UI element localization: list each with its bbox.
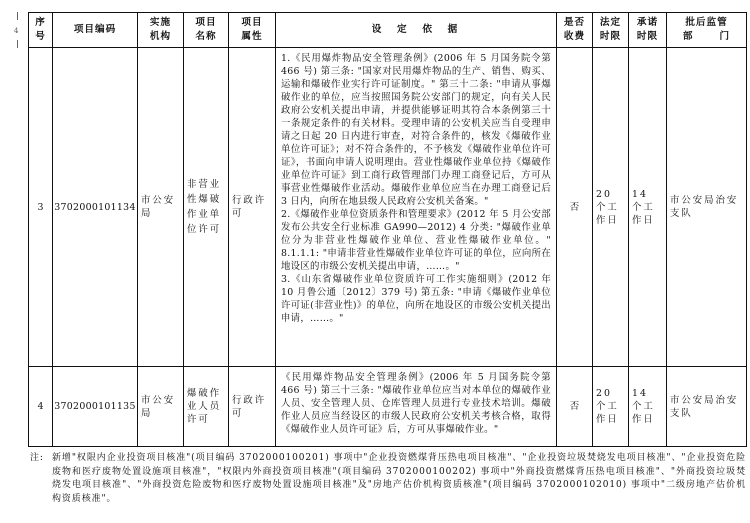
header-promise-limit: 承诺 时限 (629, 13, 667, 48)
cell-supervisor: 市公安局治安支队 (667, 48, 747, 367)
page-number: 4 (14, 27, 18, 35)
header-fee: 是否 收费 (557, 13, 593, 48)
table-header-row: 序 号 项目编码 实施 机构 项目 名称 项目 属性 设 定 依 据 是否 收费… (29, 13, 747, 48)
table-row: 4 3702000101135 市公安局 爆破作业人员许可 行政许可 《民用爆炸… (29, 367, 747, 447)
footnote-label: 注: (30, 452, 44, 466)
margin-rule-top (17, 12, 18, 20)
header-name: 项目 名称 (184, 13, 229, 48)
cell-fee: 否 (557, 48, 593, 367)
cell-agency: 市公安局 (138, 367, 184, 447)
header-basis: 设 定 依 据 (276, 13, 557, 48)
header-supervisor: 批后监管 部 门 (667, 13, 747, 48)
cell-item-attr: 行政许可 (229, 48, 276, 367)
header-code: 项目编码 (53, 13, 138, 48)
page-margin-mark: 4 (14, 12, 22, 50)
basis-clause: 1.《民用爆炸物品安全管理条例》(2006 年 5 月国务院令第 466 号) … (281, 52, 551, 208)
cell-basis: 1.《民用爆炸物品安全管理条例》(2006 年 5 月国务院令第 466 号) … (276, 48, 557, 367)
header-attr: 项目 属性 (229, 13, 276, 48)
header-agency: 实施 机构 (138, 13, 184, 48)
cell-legal-limit: 20 个工作日 (593, 367, 629, 447)
administrative-items-table: 序 号 项目编码 实施 机构 项目 名称 项目 属性 设 定 依 据 是否 收费… (28, 12, 747, 447)
cell-basis: 《民用爆炸物品安全管理条例》(2006 年 5 月国务院令第 466 号) 第三… (276, 367, 557, 447)
margin-rule-bottom (17, 40, 18, 48)
table-row: 3 3702000101134 市公安局 非营业性爆破作业单位许可 行政许可 1… (29, 48, 747, 367)
cell-seq: 4 (29, 367, 53, 447)
header-seq: 序 号 (29, 13, 53, 48)
cell-promise-limit: 14 个工作日 (629, 48, 667, 367)
cell-legal-limit: 20 个工作日 (593, 48, 629, 367)
cell-item-name: 非营业性爆破作业单位许可 (184, 48, 229, 367)
basis-clause: 《民用爆炸物品安全管理条例》(2006 年 5 月国务院令第 466 号) 第三… (281, 371, 551, 436)
cell-agency: 市公安局 (138, 48, 184, 367)
cell-seq: 3 (29, 48, 53, 367)
cell-supervisor: 市公安局治安支队 (667, 367, 747, 447)
cell-item-attr: 行政许可 (229, 367, 276, 447)
cell-fee: 否 (557, 367, 593, 447)
basis-clause: 2.《爆破作业单位资质条件和管理要求》(2012 年 5 月公安部发布公共安全行… (281, 208, 551, 273)
footnote-text: 新增"权限内企业投资项目核准"(项目编码 3702000100201) 事项中"… (52, 452, 746, 506)
cell-item-name: 爆破作业人员许可 (184, 367, 229, 447)
table-footnote: 注: 新增"权限内企业投资项目核准"(项目编码 3702000100201) 事… (30, 452, 746, 506)
basis-clause: 3.《山东省爆破作业单位资质许可工作实施细则》(2012 年 10 月鲁公通〔2… (281, 273, 551, 325)
cell-code: 3702000101135 (53, 367, 138, 447)
header-legal-limit: 法定 时限 (593, 13, 629, 48)
cell-code: 3702000101134 (53, 48, 138, 367)
cell-promise-limit: 14 个工作日 (629, 367, 667, 447)
